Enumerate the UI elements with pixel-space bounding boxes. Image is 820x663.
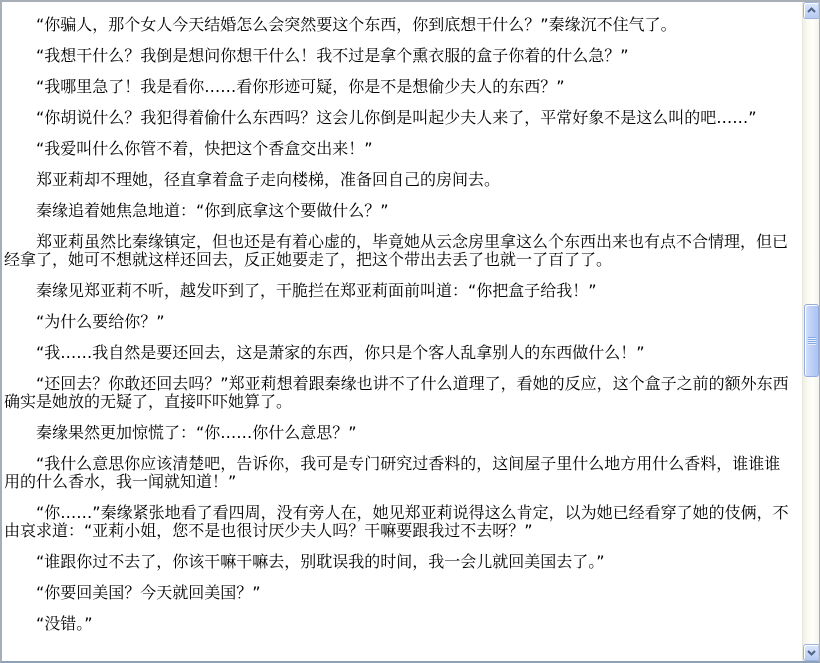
paragraph: “我哪里急了！我是看你……看你形迹可疑，你是不是想偷少夫人的东西？”	[4, 78, 794, 96]
paragraph: “我什么意思你应该清楚吧，告诉你，我可是专门研究过香料的，这间屋子里什么地方用什…	[4, 455, 794, 491]
paragraph: 郑亚莉虽然比秦缘镇定，但也还是有着心虚的，毕竟她从云念房里拿这么个东西出来也有点…	[4, 233, 794, 269]
chevron-down-icon	[807, 649, 816, 656]
paragraph: “谁跟你过不去了，你该干嘛干嘛去，别耽误我的时间，我一会儿就回美国去了。”	[4, 553, 794, 571]
scrollbar-grip-icon	[808, 337, 816, 345]
paragraph: 郑亚莉却不理她，径直拿着盒子走向楼梯，准备回自己的房间去。	[4, 171, 794, 189]
paragraph: “还回去？你敢还回去吗？”郑亚莉想着跟秦缘也讲不了什么道理了，看她的反应，这个盒…	[4, 375, 794, 411]
text-viewer-window: “你骗人，那个女人今天结婚怎么会突然要这个东西，你到底想干什么？”秦缘沉不住气了…	[0, 0, 820, 663]
scrollbar-thumb[interactable]	[804, 304, 819, 377]
paragraph: “我……我自然是要还回去，这是萧家的东西，你只是个客人乱拿别人的东西做什么！”	[4, 344, 794, 362]
scroll-up-button[interactable]	[803, 2, 820, 19]
paragraph: 秦缘见郑亚莉不听，越发吓到了，干脆拦在郑亚莉面前叫道：“你把盒子给我！”	[4, 282, 794, 300]
paragraph: “你……”秦缘紧张地看了看四周，没有旁人在，她见郑亚莉说得这么肯定，以为她已经看…	[4, 504, 794, 540]
paragraph: “你要回美国？今天就回美国？”	[4, 584, 794, 602]
paragraph: “我想干什么？我倒是想问你想干什么！我不过是拿个熏衣服的盒子你着的什么急？”	[4, 47, 794, 65]
scroll-down-button[interactable]	[803, 644, 820, 661]
paragraph: 秦缘果然更加惊慌了：“你……你什么意思？”	[4, 424, 794, 442]
paragraph: “为什么要给你？”	[4, 313, 794, 331]
paragraph: “你骗人，那个女人今天结婚怎么会突然要这个东西，你到底想干什么？”秦缘沉不住气了…	[4, 16, 794, 34]
vertical-scrollbar[interactable]	[802, 2, 819, 661]
paragraph: “我爱叫什么你管不着，快把这个香盒交出来！”	[4, 140, 794, 158]
paragraph: 秦缘追着她焦急地道：“你到底拿这个要做什么？”	[4, 202, 794, 220]
paragraph: “没错。”	[4, 615, 794, 633]
paragraph: “你胡说什么？我犯得着偷什么东西吗？这会儿你倒是叫起少夫人来了，平常好象不是这么…	[4, 109, 794, 127]
scrollbar-track[interactable]	[803, 19, 820, 644]
chevron-up-icon	[807, 7, 816, 14]
text-content: “你骗人，那个女人今天结婚怎么会突然要这个东西，你到底想干什么？”秦缘沉不住气了…	[2, 2, 802, 661]
